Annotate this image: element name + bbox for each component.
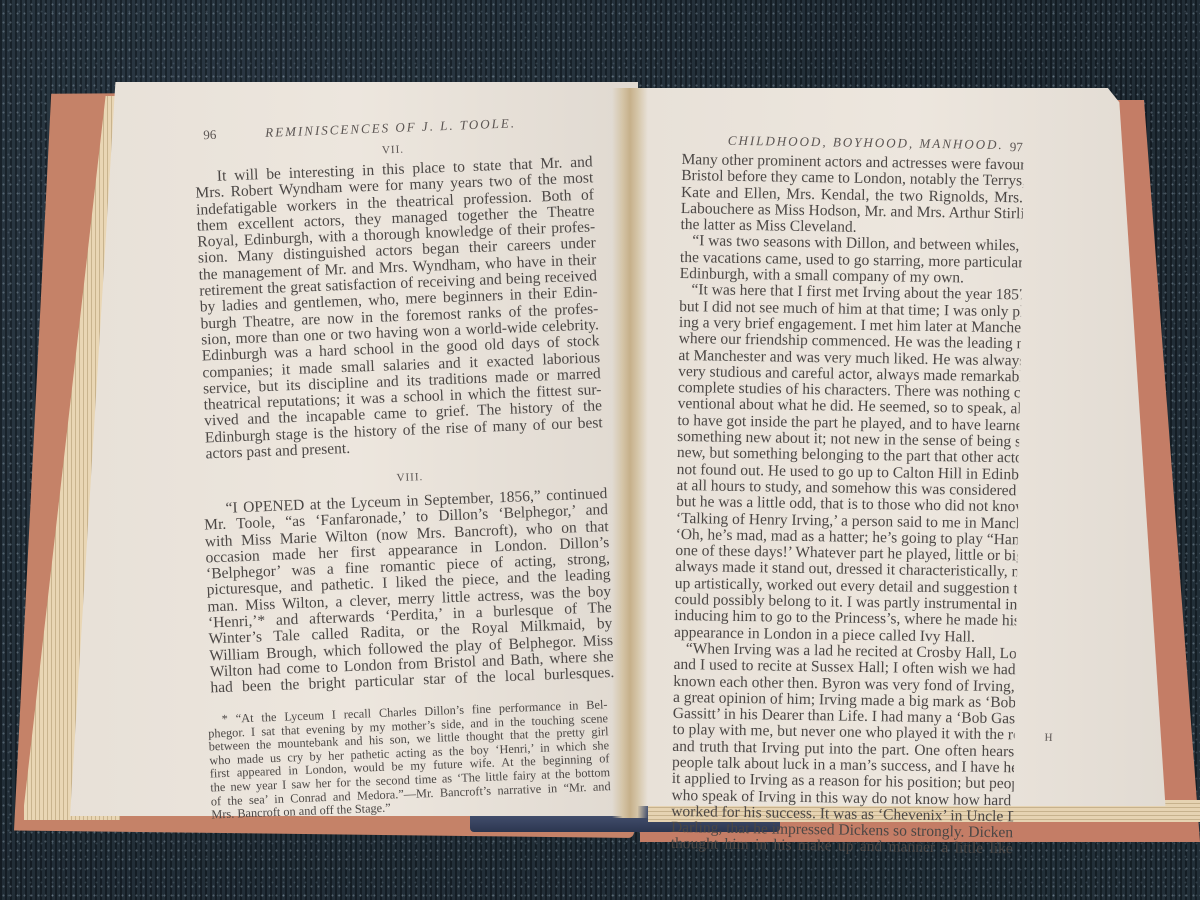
page-number-right: 97: [1010, 139, 1023, 155]
right-page-content: CHILDHOOD, BOYHOOD, MANHOOD. 97 Many oth…: [672, 130, 1098, 756]
right-page-text: Many other prominent actors and actresse…: [671, 152, 1024, 858]
left-page-content: 96 REMINISCENCES OF J. L. TOOLE. VII. It…: [185, 112, 629, 768]
page-number-left: 96: [203, 127, 217, 143]
section-viii-text: “I OPENED at the Lyceum in September, 18…: [203, 486, 614, 697]
footnote: * “At the Lyceum I recall Charles Dillon…: [207, 698, 611, 822]
section-vii-text: It will be interesting in this place to …: [195, 154, 604, 462]
signature-mark: H: [1044, 732, 1052, 744]
section-heading-viii: VIII.: [396, 471, 423, 484]
running-head-right: CHILDHOOD, BOYHOOD, MANHOOD.: [728, 133, 1004, 153]
section-heading-vii: VII.: [382, 144, 404, 157]
